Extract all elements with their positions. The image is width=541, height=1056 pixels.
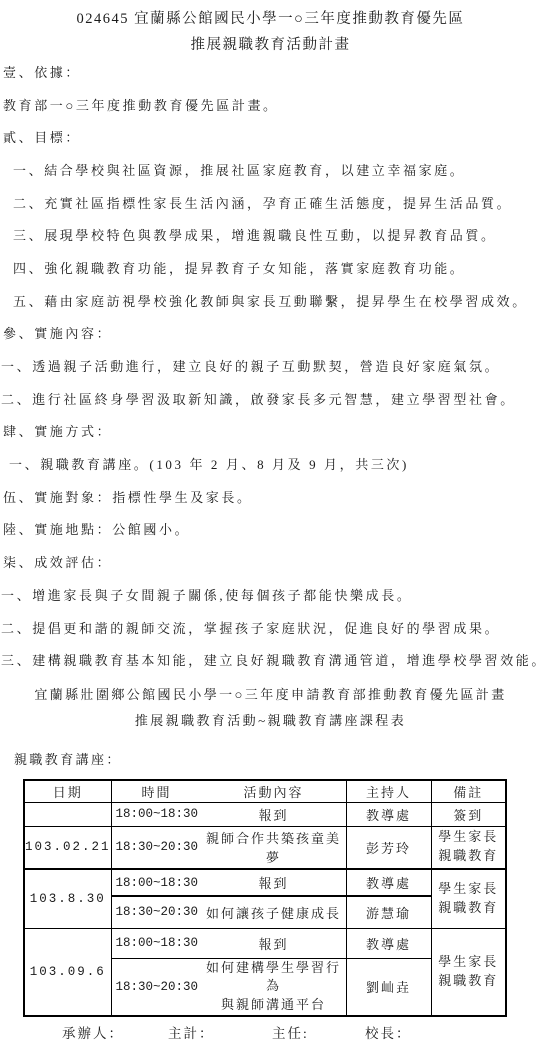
doc-body: 壹、依據： 教育部一○三年度推動教育優先區計畫。 貳、目標： 一、結合學校與社區… <box>0 55 541 676</box>
cell-time-activity: 18:30~20:30 如何建構學生學習行為 與親師溝通平台 <box>111 958 346 1016</box>
body-line: 三、建構親職教育基本知能，建立良好親職教育溝通管道，增進學校學習效能。 <box>0 643 541 676</box>
cell-host: 教導處 <box>346 869 431 896</box>
body-line: 教育部一○三年度推動教育優先區計畫。 <box>0 88 541 121</box>
body-line: 一、親職教育講座。(103 年 2 月、8 月及 9 月，共三次) <box>0 447 541 480</box>
table-header-row: 日期 時間 活動內容 主持人 備註 <box>24 780 506 802</box>
cell-note: 學生家長 親職教育 <box>431 826 506 869</box>
body-line: 肆、實施方式： <box>0 415 541 448</box>
table-label: 親職教育講座： <box>14 749 122 768</box>
cell-note: 簽到 <box>431 802 506 826</box>
header-host: 主持人 <box>346 780 431 802</box>
cell-activity: 如何建構學生學習行為 與親師溝通平台 <box>202 959 346 1016</box>
body-line: 貳、目標： <box>0 120 541 153</box>
cell-activity: 親師合作共築孩童美夢 <box>202 828 346 866</box>
cell-date: 103.09.6 <box>24 928 111 1016</box>
table-row: 103.02.21 18:30~20:30 親師合作共築孩童美夢 彭芳玲 學生家… <box>24 826 506 869</box>
header-activity: 活動內容 <box>202 782 346 801</box>
cell-host: 游慧瑜 <box>346 896 431 928</box>
document-page: 024645 宜蘭縣公館國民小學一○三年度推動教育優先區 推展親職教育活動計畫 … <box>0 0 541 1056</box>
header-note: 備註 <box>431 780 506 802</box>
cell-host: 劉屾垚 <box>346 958 431 1016</box>
cell-host: 彭芳玲 <box>346 826 431 869</box>
cell-date: 103.8.30 <box>24 869 111 928</box>
cell-time: 18:00~18:30 <box>112 807 202 821</box>
cell-activity: 報到 <box>202 934 346 953</box>
body-line: 參、實施內容： <box>0 317 541 350</box>
body-line: 四、強化親職教育功能，提昇教育子女知能，落實家庭教育功能。 <box>0 251 541 284</box>
cell-time: 18:30~20:30 <box>112 905 202 919</box>
body-line: 一、透過親子活動進行，建立良好的親子互動默契，營造良好家庭氣氛。 <box>0 349 541 382</box>
cell-time-activity: 18:30~20:30 親師合作共築孩童美夢 <box>111 826 346 869</box>
cell-host: 教導處 <box>346 928 431 958</box>
table-row: 18:00~18:30 報到 教導處 簽到 <box>24 802 506 826</box>
body-line: 柒、成效評估： <box>0 545 541 578</box>
header-time: 時間 <box>112 782 202 801</box>
signature-label-director: 主任: <box>272 1022 309 1042</box>
body-line: 一、結合學校與社區資源，推展社區家庭教育，以建立幸福家庭。 <box>0 153 541 186</box>
cell-time-activity: 18:00~18:30 報到 <box>111 802 346 826</box>
cell-note: 學生家長 親職教育 <box>431 869 506 928</box>
cell-activity: 報到 <box>202 873 346 892</box>
body-line: 三、展現學校特色與教學成果，增進親職良性互動，以提昇教育品質。 <box>0 218 541 251</box>
schedule-table: 日期 時間 活動內容 主持人 備註 18:00~18:30 報到 教導處 簽到 <box>23 779 507 1017</box>
cell-note: 學生家長 親職教育 <box>431 928 506 1016</box>
cell-time-activity: 18:00~18:30 報到 <box>111 928 346 958</box>
cell-time: 18:30~20:30 <box>112 980 202 994</box>
doc-title-line2: 推展親職教育活動計畫 <box>0 33 541 54</box>
cell-date-empty <box>24 802 111 826</box>
body-line: 五、藉由家庭訪視學校強化教師與家長互動聯繫，提昇學生在校學習成效。 <box>0 284 541 317</box>
schedule-subtitle-line2: 推展親職教育活動~親職教育講座課程表 <box>0 710 541 729</box>
cell-activity: 如何讓孩子健康成長 <box>202 903 346 922</box>
body-line: 一、增進家長與子女間親子關係,使每個孩子都能快樂成長。 <box>0 578 541 611</box>
table-row: 103.09.6 18:00~18:30 報到 教導處 學生家長 親職教育 <box>24 928 506 958</box>
body-line: 陸、實施地點：公館國小。 <box>0 513 541 546</box>
body-line: 二、充實社區指標性家長生活內涵，孕育正確生活態度，提昇生活品質。 <box>0 186 541 219</box>
body-line: 壹、依據： <box>0 55 541 88</box>
table-row: 103.8.30 18:00~18:30 報到 教導處 學生家長 親職教育 <box>24 869 506 896</box>
header-time-activity: 時間 活動內容 <box>111 780 346 802</box>
body-line: 二、進行社區終身學習汲取新知識，啟發家長多元智慧，建立學習型社會。 <box>0 382 541 415</box>
doc-title-line1: 024645 宜蘭縣公館國民小學一○三年度推動教育優先區 <box>0 7 541 28</box>
cell-date: 103.02.21 <box>24 826 111 869</box>
signature-label-organizer: 承辦人： <box>62 1022 124 1042</box>
schedule-subtitle-line1: 宜蘭縣壯圍鄉公館國民小學一○三年度申請教育部推動教育優先區計畫 <box>0 684 541 703</box>
cell-time: 18:00~18:30 <box>112 876 202 890</box>
body-line: 二、提倡更和諧的親師交流，掌握孩子家庭狀況，促進良好的學習成果。 <box>0 611 541 644</box>
cell-time-activity: 18:00~18:30 報到 <box>111 869 346 896</box>
cell-time-activity: 18:30~20:30 如何讓孩子健康成長 <box>111 896 346 928</box>
signature-label-accountant: 主計： <box>168 1022 215 1042</box>
header-date: 日期 <box>24 780 111 802</box>
cell-activity: 報到 <box>202 805 346 824</box>
cell-time: 18:00~18:30 <box>112 936 202 950</box>
cell-host: 教導處 <box>346 802 431 826</box>
cell-time: 18:30~20:30 <box>112 840 202 854</box>
signature-label-principal: 校長： <box>365 1022 412 1042</box>
body-line: 伍、實施對象：指標性學生及家長。 <box>0 480 541 513</box>
